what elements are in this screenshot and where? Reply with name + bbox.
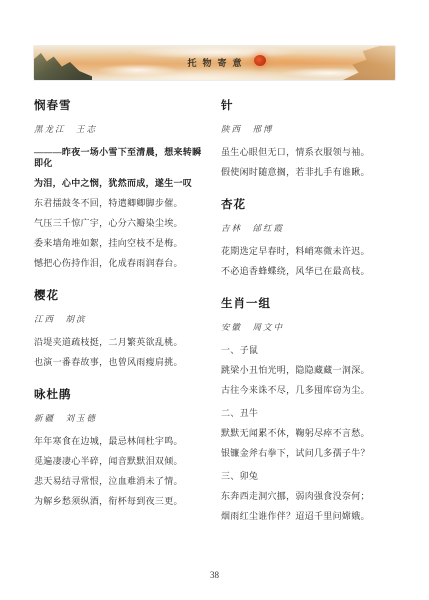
poem-title: 樱花: [34, 287, 208, 303]
poem-line: 气压三千惊广宇，心分六瓣染尘埃。: [34, 218, 208, 229]
section-banner-title: 托物寄意: [34, 56, 395, 69]
poem-preface-line: 为泪，心中之悯，犹然而成，遂生一叹: [34, 178, 208, 189]
poem-line: 跳梁小丑怕光明，隐隐藏藏一洞深。: [221, 365, 395, 376]
header-banner: 托物寄意: [34, 46, 395, 80]
poem-title: 针: [221, 97, 395, 113]
poem-line: 为解乡愁须纵酒，衔杯每到夜三更。: [34, 496, 208, 507]
poem-line: 虽生心眼但无口，情系衣服领与袖。: [221, 147, 395, 158]
poem-yong-du-juan: 咏杜鹃 新疆 刘玉德 年年寒食在边城，最忌林间杜宇鸣。 觅遍凄凄心半碎，闻音默默…: [34, 386, 208, 507]
poem-line: 憾把心伤持作泪，化成春雨润春台。: [34, 258, 208, 269]
poem-line: 觅遍凄凄心半碎，闻音默默泪双倾。: [34, 456, 208, 467]
poem-line: 不必追香蜂蝶绕，风华已在最高枝。: [221, 266, 395, 277]
magazine-page: 托物寄意 悯春雪 黑龙江 王志 ———昨夜一场小雪下至清晨，想来转瞬即化 为泪，…: [0, 0, 429, 600]
poem-line: 悲天易结寻常恨，泣血难消未了情。: [34, 476, 208, 487]
poem-zhen: 针 陕西 邢博 虽生心眼但无口，情系衣服领与袖。 假使闲时随意搁，若非扎手有谁瞅…: [221, 97, 395, 178]
poem-columns: 悯春雪 黑龙江 王志 ———昨夜一场小雪下至清晨，想来转瞬即化 为泪，心中之悯，…: [34, 97, 395, 540]
poem-line: 也演一番春故事，也曾风雨瘦肩挑。: [34, 357, 208, 368]
poem-line: 东君擂鼓冬不回，特遣卿卿脚步催。: [34, 198, 208, 209]
poem-title: 生肖一组: [221, 295, 395, 311]
poem-title: 咏杜鹃: [34, 386, 208, 402]
poem-xing-hua: 杏花 吉林 邰红霞 花期选定早春时，料峭寒微未许迟。 不必追香蜂蝶绕，风华已在最…: [221, 196, 395, 277]
poem-line: 花期选定早春时，料峭寒微未许迟。: [221, 246, 395, 257]
poem-line: 古往今来诛不尽，几多囤库窃为尘。: [221, 385, 395, 396]
poem-line: 年年寒食在边城，最忌林间杜宇鸣。: [34, 436, 208, 447]
poem-line: 默默无闻累不休，鞠躬尽瘁不言愁。: [221, 428, 395, 439]
poem-line: 烟雨红尘谁作伴？迢迢千里问嫦娥。: [221, 511, 395, 522]
poem-title: 杏花: [221, 196, 395, 212]
poem-line: 银镰金斧右拳下，试问几多孺子牛？: [221, 448, 395, 459]
poem-author: 江西 胡滨: [34, 313, 208, 325]
poem-author: 黑龙江 王志: [34, 123, 208, 135]
right-column: 针 陕西 邢博 虽生心眼但无口，情系衣服领与袖。 假使闲时随意搁，若非扎手有谁瞅…: [221, 97, 395, 540]
poem-author: 新疆 刘玉德: [34, 412, 208, 424]
poem-line: 委来墙角堆如絮，挂向空枝不是梅。: [34, 238, 208, 249]
poem-line: 东奔西走洞穴挪，弱肉强食没奈何；: [221, 491, 395, 502]
poem-title: 悯春雪: [34, 97, 208, 113]
poem-subheading: 三、卯兔: [221, 471, 395, 482]
poem-sheng-xiao-yi-zu: 生肖一组 安徽 周文中 一、子鼠 跳梁小丑怕光明，隐隐藏藏一洞深。 古往今来诛不…: [221, 295, 395, 522]
poem-preface-line: ———昨夜一场小雪下至清晨，想来转瞬即化: [34, 147, 208, 169]
poem-line: 假使闲时随意搁，若非扎手有谁瞅。: [221, 167, 395, 178]
poem-min-chun-xue: 悯春雪 黑龙江 王志 ———昨夜一场小雪下至清晨，想来转瞬即化 为泪，心中之悯，…: [34, 97, 208, 269]
poem-author: 吉林 邰红霞: [221, 222, 395, 234]
poem-author: 安徽 周文中: [221, 321, 395, 333]
left-column: 悯春雪 黑龙江 王志 ———昨夜一场小雪下至清晨，想来转瞬即化 为泪，心中之悯，…: [34, 97, 208, 540]
poem-line: 沿堤夹道疏枝挺，二月繁英欲乱桃。: [34, 337, 208, 348]
poem-author: 陕西 邢博: [221, 123, 395, 135]
page-number: 38: [0, 570, 429, 580]
poem-subheading: 一、子鼠: [221, 345, 395, 356]
poem-ying-hua: 樱花 江西 胡滨 沿堤夹道疏枝挺，二月繁英欲乱桃。 也演一番春故事，也曾风雨瘦肩…: [34, 287, 208, 368]
poem-subheading: 二、丑牛: [221, 408, 395, 419]
